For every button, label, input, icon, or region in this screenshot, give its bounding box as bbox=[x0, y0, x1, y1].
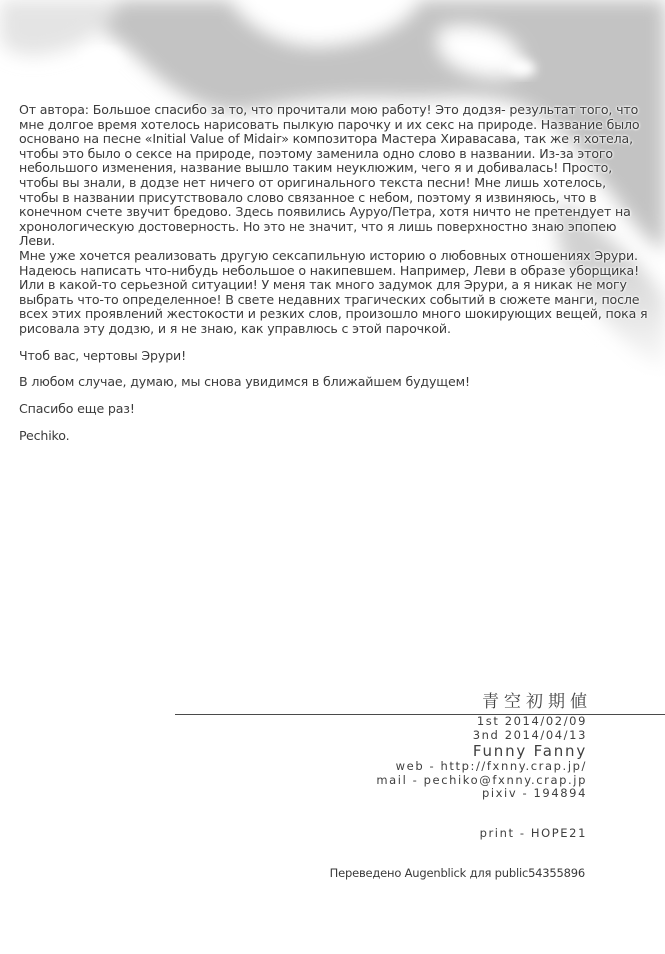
contact-mail: mail - pechiko@fxnny.crap.jp bbox=[175, 774, 587, 788]
edition-third: 3nd 2014/04/13 bbox=[175, 729, 587, 743]
author-afterword: От автора: Большое спасибо за то, что пр… bbox=[19, 103, 649, 444]
colophon: 青空初期値 1st 2014/02/09 3nd 2014/04/13 Funn… bbox=[175, 690, 665, 841]
contact-web: web - http://fxnny.crap.jp/ bbox=[175, 760, 587, 774]
printer-info: print - HOPE21 bbox=[175, 827, 587, 841]
closing-line-curse: Чтоб вас, чертовы Эрури! bbox=[19, 349, 649, 364]
closing-line-thanks: Спасибо еще раз! bbox=[19, 402, 649, 417]
publication-info: 1st 2014/02/09 3nd 2014/04/13 Funny Fann… bbox=[175, 715, 665, 841]
contact-pixiv: pixiv - 194894 bbox=[175, 787, 587, 801]
circle-name: Funny Fanny bbox=[175, 742, 587, 760]
book-title: 青空初期値 bbox=[175, 690, 665, 714]
afterword-paragraph-2: Мне уже хочется реализовать другую секса… bbox=[19, 249, 649, 337]
closing-line-see-you: В любом случае, думаю, мы снова увидимся… bbox=[19, 375, 649, 390]
afterword-paragraph-1: От автора: Большое спасибо за то, что пр… bbox=[19, 103, 649, 249]
translator-credit: Переведено Augenblick для public54355896 bbox=[330, 866, 585, 880]
author-signature: Pechiko. bbox=[19, 429, 649, 444]
edition-first: 1st 2014/02/09 bbox=[175, 715, 587, 729]
